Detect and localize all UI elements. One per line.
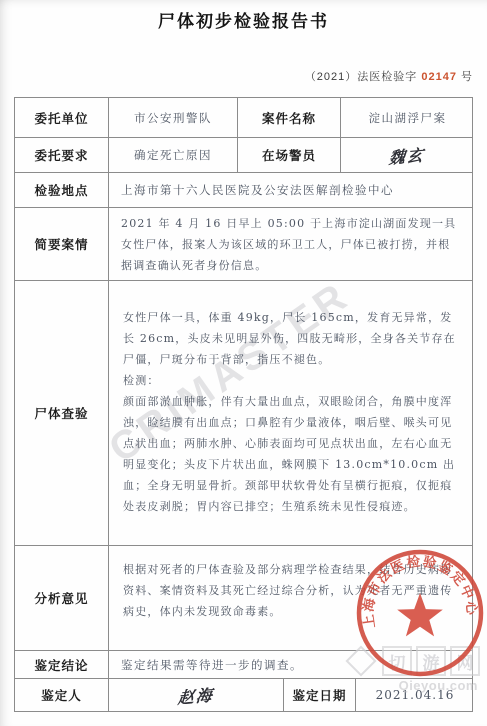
date-label: 鉴定日期: [284, 679, 356, 711]
case-summary-cell: 2021 年 4 月 16 日早上 05:00 于上海市淀山湖面发现一具女性尸体…: [109, 208, 472, 280]
case-name-value: 淀山湖浮尸案: [341, 98, 474, 137]
case-summary-value: 2021 年 4 月 16 日早上 05:00 于上海市淀山湖面发现一具女性尸体…: [109, 208, 472, 280]
entrust-request-label: 委托要求: [15, 138, 109, 172]
appraiser-label: 鉴定人: [15, 679, 109, 711]
body-exam-paragraph-1: 女性尸体一具，体重 49kg，尸长 165cm，发育无异常，发长 26cm，头皮…: [123, 307, 460, 370]
table-row-entrust-request: 委托要求 确定死亡原因 在场警员 魏玄: [15, 138, 472, 173]
exam-location-label: 检验地点: [15, 173, 109, 207]
present-officer-label: 在场警员: [238, 138, 341, 172]
body-exam-text: 女性尸体一具，体重 49kg，尸长 165cm，发育无异常，发长 26cm，头皮…: [109, 281, 472, 527]
table-row-appraiser: 鉴定人 赵海 鉴定日期 2021.04.16: [15, 679, 472, 711]
doc-number: （2021）法医检验字 02147 号: [305, 68, 473, 84]
table-row-case-summary: 简要案情 2021 年 4 月 16 日早上 05:00 于上海市淀山湖面发现一…: [15, 208, 472, 281]
body-exam-paragraph-2: 检测：: [123, 370, 460, 391]
entrust-request-value: 确定死亡原因: [109, 138, 238, 172]
doc-number-prefix: （2021）法医检验字: [305, 71, 422, 83]
appraiser-signature: 赵海: [177, 682, 215, 708]
case-name-label: 案件名称: [238, 98, 341, 137]
date-value: 2021.04.16: [356, 679, 474, 711]
body-exam-label: 尸体查验: [15, 281, 109, 545]
present-officer-cell: 魏玄: [341, 138, 474, 172]
body-exam-paragraph-3: 颜面部淤血肿胀，伴有大量出血点，双眼睑闭合，角膜中度浑浊，睑结膜有出血点；口鼻腔…: [123, 391, 460, 517]
appraiser-signature-cell: 赵海: [109, 679, 284, 711]
doc-number-suffix: 号: [457, 71, 473, 83]
present-officer-signature: 魏玄: [389, 142, 427, 168]
table-row-exam-location: 检验地点 上海市第十六人民医院及公安法医解剖检验中心: [15, 173, 472, 208]
official-stamp: 上海市法医检验鉴定中心: [352, 545, 487, 681]
body-exam-cell: 女性尸体一具，体重 49kg，尸长 165cm，发育无异常，发长 26cm，头皮…: [109, 281, 472, 545]
entrust-unit-label: 委托单位: [15, 98, 109, 137]
table-row-body-exam: 尸体查验 女性尸体一具，体重 49kg，尸长 165cm，发育无异常，发长 26…: [15, 281, 472, 546]
report-page: 尸体初步检验报告书 （2021）法医检验字 02147 号 CRIMASTER …: [0, 0, 487, 726]
exam-location-value: 上海市第十六人民医院及公安法医解剖检验中心: [109, 173, 472, 207]
table-row-entrust-unit: 委托单位 市公安刑警队 案件名称 淀山湖浮尸案: [15, 98, 472, 138]
analysis-label: 分析意见: [15, 546, 109, 650]
conclusion-label: 鉴定结论: [15, 651, 109, 678]
entrust-unit-value: 市公安刑警队: [109, 98, 238, 137]
stamp-star-icon: [397, 593, 443, 636]
case-summary-label: 简要案情: [15, 208, 109, 280]
doc-number-value: 02147: [421, 71, 457, 83]
page-title: 尸体初步检验报告书: [0, 7, 487, 32]
